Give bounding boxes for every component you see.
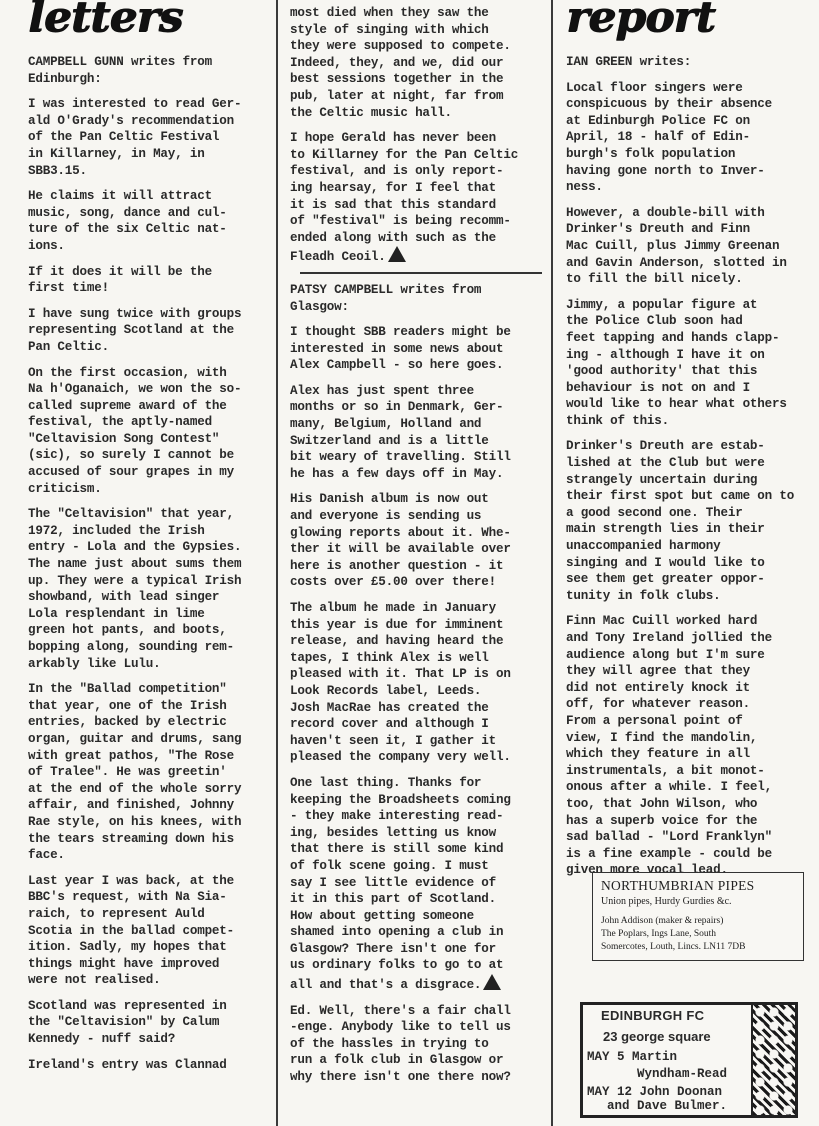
northumbrian-pipes-ad: NORTHUMBRIAN PIPES Union pipes, Hurdy Gu…: [592, 872, 804, 961]
end-mark-icon: [388, 246, 406, 262]
letter-byline: CAMPBELL GUNN writes from Edinburgh:: [28, 54, 276, 87]
letter-paragraph: I was interested to read Ger- ald O'Grad…: [28, 96, 276, 179]
editor-note: Ed. Well, there's a fair chall -enge. An…: [290, 1003, 552, 1086]
report-paragraph: However, a double-bill with Drinker's Dr…: [566, 205, 816, 288]
letter-paragraph: He claims it will attract music, song, d…: [28, 188, 276, 254]
letter-paragraph: Ireland's entry was Clannad: [28, 1057, 276, 1074]
end-mark-icon: [483, 974, 501, 990]
ad-listing: Wyndham-Read: [637, 1067, 727, 1081]
letter-byline: PATSY CAMPBELL writes from Glasgow:: [290, 282, 552, 315]
letter-paragraph: One last thing. Thanks for keeping the B…: [290, 775, 552, 994]
letter-paragraph: His Danish album is now out and everyone…: [290, 491, 552, 591]
ad-title: EDINBURGH FC: [601, 1008, 704, 1023]
report-paragraph: Jimmy, a popular figure at the Police Cl…: [566, 297, 816, 430]
decorative-border-pattern: [751, 1005, 795, 1115]
report-heading: report: [566, 0, 816, 40]
letter-paragraph: most died when they saw the style of sin…: [290, 5, 552, 121]
letter-paragraph: I have sung twice with groups representi…: [28, 306, 276, 356]
letter-paragraph: On the first occasion, with Na h'Oganaic…: [28, 365, 276, 498]
letters-column-2: most died when they saw the style of sin…: [290, 5, 552, 1095]
letter-paragraph: I hope Gerald has never been to Killarne…: [290, 130, 552, 266]
letters-column-1: letters CAMPBELL GUNN writes from Edinbu…: [28, 0, 276, 1082]
letters-heading: letters: [28, 0, 276, 40]
report-paragraph: Drinker's Dreuth are estab- lished at th…: [566, 438, 816, 604]
ad-address-line: The Poplars, Ings Lane, South: [601, 928, 795, 941]
letter-paragraph: Scotland was represented in the "Celtavi…: [28, 998, 276, 1048]
report-byline: IAN GREEN writes:: [566, 54, 816, 71]
edinburgh-fc-ad: EDINBURGH FC 23 george square MAY 5 Mart…: [580, 1002, 798, 1118]
letter-paragraph: I thought SBB readers might be intereste…: [290, 324, 552, 374]
ad-subtitle: Union pipes, Hurdy Gurdies &c.: [601, 896, 795, 907]
letter-paragraph: In the "Ballad competition" that year, o…: [28, 681, 276, 864]
report-paragraph: Finn Mac Cuill worked hard and Tony Irel…: [566, 613, 816, 879]
letter-paragraph: If it does it will be the first time!: [28, 264, 276, 297]
letter-paragraph: The album he made in January this year i…: [290, 600, 552, 766]
column-divider: [276, 0, 278, 1126]
ad-listing: MAY 12 John Doonan: [587, 1085, 722, 1099]
letter-paragraph: The "Celtavision" that year, 1972, inclu…: [28, 506, 276, 672]
ad-title: NORTHUMBRIAN PIPES: [601, 878, 795, 894]
report-paragraph: Local floor singers were conspicuous by …: [566, 80, 816, 196]
ad-address-line: Somercotes, Louth, Lincs. LN11 7DB: [601, 941, 795, 954]
letter-paragraph: Alex has just spent three months or so i…: [290, 383, 552, 483]
ad-address: 23 george square: [603, 1029, 711, 1044]
letter-paragraph: Last year I was back, at the BBC's reque…: [28, 873, 276, 989]
section-divider: [300, 272, 542, 274]
report-column: report IAN GREEN writes: Local floor sin…: [566, 0, 816, 888]
ad-listing: MAY 5 Martin: [587, 1050, 677, 1064]
ad-listing: and Dave Bulmer.: [607, 1099, 727, 1113]
ad-maker: John Addison (maker & repairs): [601, 915, 795, 928]
